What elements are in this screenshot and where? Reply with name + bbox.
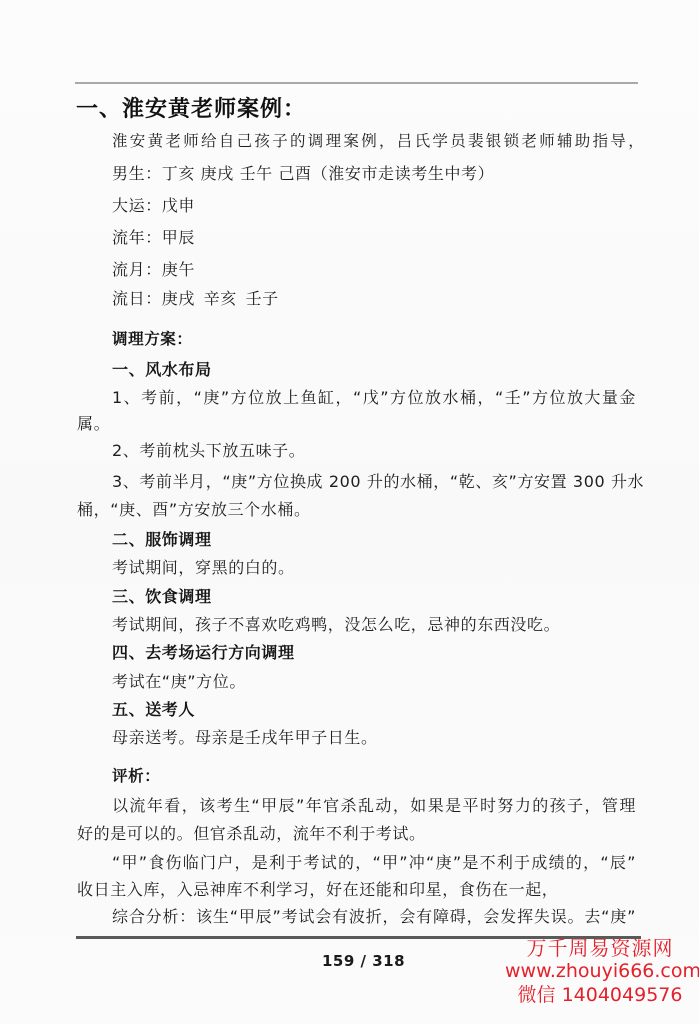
plan-section-2-title: 二、服饰调理: [112, 530, 212, 550]
plan-section-1-line-5: 桶，“庚、酉”方安放三个水桶。: [77, 500, 311, 520]
chart-male: 男生：丁亥 庚戌 壬午 己酉（淮安市走读考生中考）: [112, 164, 494, 184]
intro-text: 淮安黄老师给自己孩子的调理案例，吕氏学员裴银锁老师辅助指导，: [112, 131, 646, 151]
case-heading: 一、淮安黄老师案例：: [76, 97, 306, 123]
watermark-site-name: 万千周易资源网: [505, 937, 695, 959]
plan-title: 调理方案：: [112, 329, 193, 349]
analysis-line-3: “甲”食伤临门户，是利于考试的，“甲”冲“庚”是不利于成绩的，“辰”: [112, 853, 636, 873]
header-rule: [75, 82, 638, 84]
analysis-line-1: 以流年看，该考生“甲辰”年官杀乱动，如果是平时努力的孩子，管理: [112, 796, 636, 816]
analysis-line-2: 好的是可以的。但官杀乱动，流年不利于考试。: [77, 824, 426, 844]
analysis-line-5: 综合分析：该生“甲辰”考试会有波折，会有障碍，会发挥失误。去“庚”: [112, 907, 636, 927]
watermark-wechat: 微信 1404049576: [505, 984, 695, 1006]
plan-section-5-line-1: 母亲送考。母亲是壬戌年甲子日生。: [112, 728, 378, 748]
watermark-url: www.zhouyi666.com: [505, 960, 695, 982]
plan-section-1-title: 一、风水布局: [112, 360, 212, 380]
plan-section-4-line-1: 考试在“庚”方位。: [112, 672, 246, 692]
plan-section-3-title: 三、饮食调理: [112, 587, 212, 607]
plan-section-4-title: 四、去考场运行方向调理: [112, 643, 295, 663]
chart-liunian: 流年：甲辰: [112, 228, 195, 248]
plan-section-1-line-3: 2、考前枕头下放五味子。: [112, 441, 305, 461]
chart-liuyue: 流月：庚午: [112, 260, 195, 280]
plan-section-3-line-1: 考试期间，孩子不喜欢吃鸡鸭，没怎么吃，忌神的东西没吃。: [112, 615, 560, 635]
analysis-title: 评析：: [112, 766, 160, 786]
plan-section-1-line-4: 3、考前半月，“庚”方位换成 200 升的水桶，“乾、亥”方安置 300 升水: [112, 472, 636, 492]
chart-liuri: 流日：庚戌 辛亥 壬子: [112, 289, 279, 309]
plan-section-5-title: 五、送考人: [112, 700, 195, 720]
plan-section-2-line-1: 考试期间，穿黑的白的。: [112, 558, 295, 578]
analysis-line-4: 收日主入库，入忌神库不利学习，好在还能和印星，食伤在一起，: [77, 880, 558, 900]
plan-section-1-line-1: 1、考前，“庚”方位放上鱼缸，“戊”方位放水桶，“壬”方位放大量金: [112, 388, 636, 408]
chart-dayun: 大运：戊申: [112, 196, 195, 216]
plan-section-1-line-2: 属。: [77, 414, 110, 434]
document-page: 一、淮安黄老师案例： 淮安黄老师给自己孩子的调理案例，吕氏学员裴银锁老师辅助指导…: [0, 0, 699, 1024]
